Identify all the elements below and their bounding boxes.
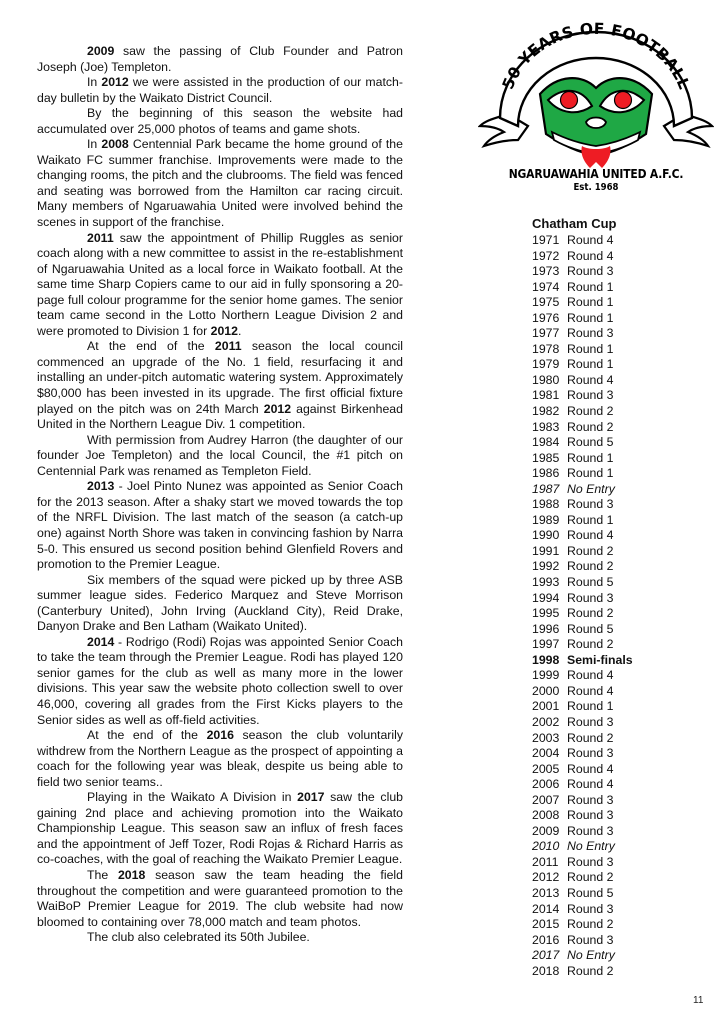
table-row: 2005Round 4 xyxy=(532,762,692,778)
table-row: 2008Round 3 xyxy=(532,808,692,824)
club-name: NGARUAWAHIA UNITED A.F.C. xyxy=(495,166,698,181)
cup-result: Round 2 xyxy=(567,606,614,622)
cup-result: Round 3 xyxy=(567,746,614,762)
cup-year: 1983 xyxy=(532,420,567,436)
cup-result: No Entry xyxy=(567,482,615,498)
table-row: 2007Round 3 xyxy=(532,793,692,809)
cup-year: 1972 xyxy=(532,249,567,265)
cup-year: 2001 xyxy=(532,699,567,715)
table-row: 1975Round 1 xyxy=(532,295,692,311)
table-row: 1996Round 5 xyxy=(532,622,692,638)
cup-result: Round 1 xyxy=(567,513,614,529)
table-row: 2001Round 1 xyxy=(532,699,692,715)
paragraph: 2011 saw the appointment of Phillip Rugg… xyxy=(37,231,403,340)
table-row: 1989Round 1 xyxy=(532,513,692,529)
cup-result: Round 4 xyxy=(567,777,614,793)
cup-year: 2016 xyxy=(532,933,567,949)
cup-year: 1979 xyxy=(532,357,567,373)
table-row: 2004Round 3 xyxy=(532,746,692,762)
cup-result: Round 2 xyxy=(567,544,614,560)
paragraph: 2014 - Rodrigo (Rodi) Rojas was appointe… xyxy=(37,635,403,728)
cup-year: 2018 xyxy=(532,964,567,980)
paragraph: By the beginning of this season the webs… xyxy=(37,106,403,137)
cup-result: Round 2 xyxy=(567,870,614,886)
cup-result: Round 5 xyxy=(567,622,614,638)
page-number: 11 xyxy=(693,995,703,1006)
cup-year: 1993 xyxy=(532,575,567,591)
cup-year: 1980 xyxy=(532,373,567,389)
cup-year: 2003 xyxy=(532,731,567,747)
cup-year: 2010 xyxy=(532,839,567,855)
cup-year: 1978 xyxy=(532,342,567,358)
cup-year: 2013 xyxy=(532,886,567,902)
table-row: 1971Round 4 xyxy=(532,233,692,249)
paragraph: 2013 - Joel Pinto Nunez was appointed as… xyxy=(37,479,403,572)
paragraph: Six members of the squad were picked up … xyxy=(37,573,403,635)
chatham-cup-table: Chatham Cup 1971Round 41972Round 41973Ro… xyxy=(532,216,692,979)
cup-year: 1985 xyxy=(532,451,567,467)
year-highlight: 2012 xyxy=(101,75,128,89)
cup-year: 2014 xyxy=(532,902,567,918)
cup-year: 1997 xyxy=(532,637,567,653)
table-row: 1981Round 3 xyxy=(532,388,692,404)
table-row: 1992Round 2 xyxy=(532,559,692,575)
cup-result: Round 1 xyxy=(567,699,614,715)
cup-year: 1976 xyxy=(532,311,567,327)
table-row: 2003Round 2 xyxy=(532,731,692,747)
cup-year: 1977 xyxy=(532,326,567,342)
cup-result: Round 3 xyxy=(567,824,614,840)
cup-result: Round 2 xyxy=(567,559,614,575)
cup-year: 2006 xyxy=(532,777,567,793)
cup-result: Round 1 xyxy=(567,357,614,373)
cup-result: Round 2 xyxy=(567,731,614,747)
cup-result: Round 4 xyxy=(567,668,614,684)
cup-result: Round 3 xyxy=(567,855,614,871)
cup-result: Round 4 xyxy=(567,373,614,389)
table-row: 1988Round 3 xyxy=(532,497,692,513)
cup-year: 1988 xyxy=(532,497,567,513)
table-row: 2000Round 4 xyxy=(532,684,692,700)
cup-result: Round 1 xyxy=(567,295,614,311)
cup-year: 1971 xyxy=(532,233,567,249)
cup-year: 1975 xyxy=(532,295,567,311)
cup-result: Round 1 xyxy=(567,342,614,358)
cup-year: 2009 xyxy=(532,824,567,840)
paragraph: The club also celebrated its 50th Jubile… xyxy=(37,930,403,946)
table-row: 2015Round 2 xyxy=(532,917,692,933)
cup-year: 1999 xyxy=(532,668,567,684)
table-row: 1972Round 4 xyxy=(532,249,692,265)
cup-year: 1973 xyxy=(532,264,567,280)
table-row: 1974Round 1 xyxy=(532,280,692,296)
table-row: 1991Round 2 xyxy=(532,544,692,560)
cup-result: Semi-finals xyxy=(567,653,633,669)
cup-year: 2011 xyxy=(532,855,567,871)
cup-result: Round 1 xyxy=(567,280,614,296)
year-highlight: 2018 xyxy=(118,868,145,882)
table-row: 1985Round 1 xyxy=(532,451,692,467)
cup-result: Round 1 xyxy=(567,311,614,327)
table-row: 2006Round 4 xyxy=(532,777,692,793)
cup-result: Round 5 xyxy=(567,886,614,902)
table-row: 1994Round 3 xyxy=(532,591,692,607)
cup-result: Round 3 xyxy=(567,793,614,809)
year-highlight: 2011 xyxy=(215,339,242,353)
cup-year: 1998 xyxy=(532,653,567,669)
cup-year: 1982 xyxy=(532,404,567,420)
cup-year: 1995 xyxy=(532,606,567,622)
cup-result: Round 2 xyxy=(567,637,614,653)
cup-year: 2004 xyxy=(532,746,567,762)
cup-result: Round 4 xyxy=(567,528,614,544)
paragraph: At the end of the 2016 season the club v… xyxy=(37,728,403,790)
table-row: 2011Round 3 xyxy=(532,855,692,871)
table-row: 2018Round 2 xyxy=(532,964,692,980)
chatham-cup-rows: 1971Round 41972Round 41973Round 31974Rou… xyxy=(532,233,692,979)
table-row: 2013Round 5 xyxy=(532,886,692,902)
table-row: 1998Semi-finals xyxy=(532,653,692,669)
cup-result: Round 4 xyxy=(567,684,614,700)
table-row: 2009Round 3 xyxy=(532,824,692,840)
cup-result: Round 2 xyxy=(567,964,614,980)
cup-result: Round 3 xyxy=(567,715,614,731)
cup-year: 2012 xyxy=(532,870,567,886)
table-row: 1997Round 2 xyxy=(532,637,692,653)
cup-result: Round 3 xyxy=(567,388,614,404)
table-row: 1995Round 2 xyxy=(532,606,692,622)
year-highlight: 2011 xyxy=(87,231,114,245)
paragraph: With permission from Audrey Harron (the … xyxy=(37,433,403,480)
cup-year: 1996 xyxy=(532,622,567,638)
table-row: 1980Round 4 xyxy=(532,373,692,389)
cup-year: 1984 xyxy=(532,435,567,451)
table-row: 2016Round 3 xyxy=(532,933,692,949)
year-highlight: 2008 xyxy=(101,137,128,151)
cup-result: Round 3 xyxy=(567,497,614,513)
paragraph: At the end of the 2011 season the local … xyxy=(37,339,403,432)
table-row: 1984Round 5 xyxy=(532,435,692,451)
cup-year: 2007 xyxy=(532,793,567,809)
cup-result: Round 4 xyxy=(567,249,614,265)
table-row: 1982Round 2 xyxy=(532,404,692,420)
cup-year: 2017 xyxy=(532,948,567,964)
cup-year: 1994 xyxy=(532,591,567,607)
cup-result: Round 2 xyxy=(567,404,614,420)
year-highlight: 2017 xyxy=(297,790,324,804)
paragraph: 2009 saw the passing of Club Founder and… xyxy=(37,44,403,75)
cup-result: Round 3 xyxy=(567,591,614,607)
cup-result: Round 3 xyxy=(567,808,614,824)
table-row: 1976Round 1 xyxy=(532,311,692,327)
cup-result: Round 5 xyxy=(567,435,614,451)
paragraph: The 2018 season saw the team heading the… xyxy=(37,868,403,930)
table-row: 1978Round 1 xyxy=(532,342,692,358)
year-highlight: 2013 xyxy=(87,479,114,493)
cup-year: 1986 xyxy=(532,466,567,482)
cup-result: Round 2 xyxy=(567,420,614,436)
cup-year: 2000 xyxy=(532,684,567,700)
table-row: 1973Round 3 xyxy=(532,264,692,280)
cup-result: No Entry xyxy=(567,839,615,855)
cup-result: Round 1 xyxy=(567,466,614,482)
year-highlight: 2016 xyxy=(207,728,234,742)
cup-result: Round 4 xyxy=(567,762,614,778)
cup-result: Round 4 xyxy=(567,233,614,249)
table-row: 1983Round 2 xyxy=(532,420,692,436)
cup-result: Round 5 xyxy=(567,575,614,591)
table-row: 2014Round 3 xyxy=(532,902,692,918)
cup-year: 1992 xyxy=(532,559,567,575)
table-row: 1986Round 1 xyxy=(532,466,692,482)
chatham-cup-title: Chatham Cup xyxy=(532,216,692,232)
maori-mask-emblem-icon: 50 YEARS OF FOOTBALL xyxy=(478,22,714,172)
table-row: 1999Round 4 xyxy=(532,668,692,684)
table-row: 1987No Entry xyxy=(532,482,692,498)
year-highlight: 2012 xyxy=(264,402,291,416)
cup-year: 1987 xyxy=(532,482,567,498)
cup-year: 2015 xyxy=(532,917,567,933)
established-year: Est. 1968 xyxy=(490,182,702,193)
cup-year: 1991 xyxy=(532,544,567,560)
paragraph: Playing in the Waikato A Division in 201… xyxy=(37,790,403,868)
paragraph: In 2008 Centennial Park became the home … xyxy=(37,137,403,230)
cup-year: 1981 xyxy=(532,388,567,404)
history-text: 2009 saw the passing of Club Founder and… xyxy=(37,44,403,946)
cup-result: Round 3 xyxy=(567,933,614,949)
cup-year: 1989 xyxy=(532,513,567,529)
cup-result: Round 2 xyxy=(567,917,614,933)
year-highlight: 2014 xyxy=(87,635,114,649)
year-highlight: 2012 xyxy=(211,324,238,338)
table-row: 2012Round 2 xyxy=(532,870,692,886)
paragraph: In 2012 we were assisted in the producti… xyxy=(37,75,403,106)
year-highlight: 2009 xyxy=(87,44,114,58)
cup-result: Round 1 xyxy=(567,451,614,467)
cup-year: 1990 xyxy=(532,528,567,544)
cup-year: 1974 xyxy=(532,280,567,296)
table-row: 2002Round 3 xyxy=(532,715,692,731)
table-row: 1993Round 5 xyxy=(532,575,692,591)
table-row: 2017No Entry xyxy=(532,948,692,964)
cup-result: No Entry xyxy=(567,948,615,964)
cup-result: Round 3 xyxy=(567,902,614,918)
table-row: 1990Round 4 xyxy=(532,528,692,544)
cup-year: 2005 xyxy=(532,762,567,778)
cup-year: 2002 xyxy=(532,715,567,731)
table-row: 1977Round 3 xyxy=(532,326,692,342)
cup-result: Round 3 xyxy=(567,264,614,280)
table-row: 1979Round 1 xyxy=(532,357,692,373)
cup-result: Round 3 xyxy=(567,326,614,342)
cup-year: 2008 xyxy=(532,808,567,824)
table-row: 2010No Entry xyxy=(532,839,692,855)
